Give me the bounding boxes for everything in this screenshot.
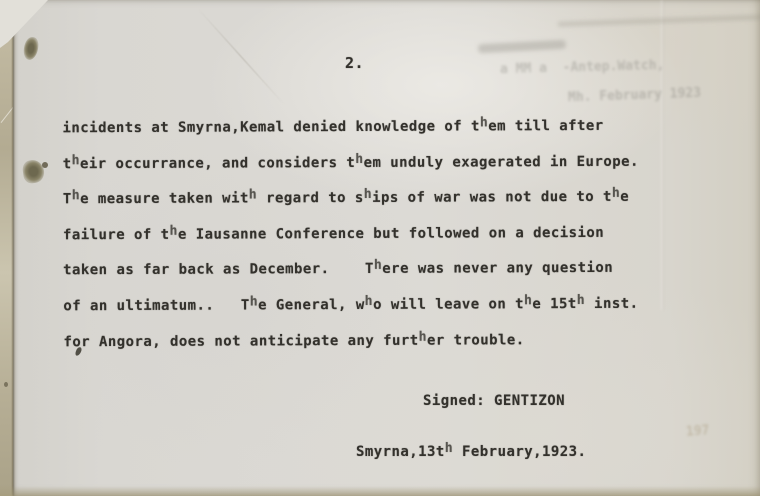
diagonal-crease bbox=[197, 8, 285, 105]
page-number: 2. bbox=[345, 54, 364, 72]
punch-hole-notch bbox=[42, 162, 48, 168]
typed-line: taken as far back as December. There was… bbox=[63, 251, 639, 289]
vertical-crease bbox=[661, 0, 664, 310]
speck bbox=[4, 382, 8, 387]
typed-line: The measure taken with regard to ships o… bbox=[63, 180, 639, 218]
typed-paragraph: incidents at Smyrna,Kemal denied knowled… bbox=[62, 109, 639, 361]
typed-line: failure of the Iausanne Conference but f… bbox=[63, 216, 639, 254]
page-edge-shadow bbox=[12, 0, 14, 496]
typed-line: their occurrance, and considers them und… bbox=[63, 144, 639, 182]
cutoff-text-fragment: ' '''' ' bbox=[398, 0, 492, 5]
typed-line: incidents at Smyrna,Kemal denied knowled… bbox=[62, 109, 638, 147]
faint-streak bbox=[558, 14, 760, 27]
bottom-edge-shadow bbox=[0, 486, 760, 496]
typed-line: of an ultimatum.. The General, who will … bbox=[63, 287, 639, 325]
dateline: Smyrna,13th February,1923. bbox=[356, 444, 586, 460]
ghost-corner-mark: 197 bbox=[686, 423, 710, 440]
typed-line: for Angora, does not anticipate any furt… bbox=[63, 322, 639, 360]
signature-line: Signed: GENTIZON bbox=[423, 393, 565, 409]
